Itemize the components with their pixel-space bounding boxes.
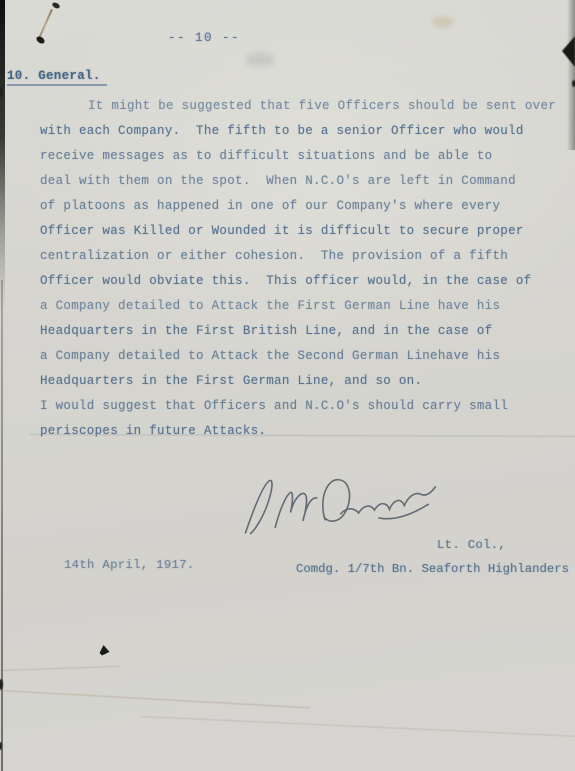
signature [236, 461, 439, 543]
paragraph-line: Headquarters in the First British Line, … [40, 319, 540, 344]
paper-smudge [245, 52, 275, 67]
paragraph-line: of platoons as happened in one of our Co… [40, 194, 540, 219]
paper-crease [0, 690, 310, 708]
paragraph-line: a Company detailed to Attack the First G… [40, 294, 540, 319]
pen-mark-dot [35, 35, 46, 45]
ink-blot [98, 644, 110, 656]
left-edge-line [1, 280, 3, 771]
paragraph-line: It might be suggested that five Officers… [40, 94, 540, 119]
date-line: 14th April, 1917. [64, 558, 195, 572]
paper-crease [0, 666, 120, 671]
paragraph-line: Officer was Killed or Wounded it is diff… [40, 219, 540, 244]
paragraph-line: deal with them on the spot. When N.C.O's… [40, 169, 540, 194]
right-edge-shadow [567, 0, 575, 150]
left-edge-shadow [0, 0, 5, 310]
paragraph-line: a Company detailed to Attack the Second … [40, 344, 540, 369]
page-number: -- 10 -- [168, 31, 240, 45]
paragraph-line: receive messages as to difficult situati… [40, 144, 540, 169]
body-paragraph: It might be suggested that five Officers… [40, 94, 540, 444]
paragraph-line: Headquarters in the First German Line, a… [40, 369, 540, 394]
paragraph-line: centralization or either cohesion. The p… [40, 244, 540, 269]
section-heading: 10. General. [7, 69, 107, 86]
top-right-corner-notch [562, 36, 575, 67]
command-line: Comdg. 1/7th Bn. Seaforth Highlanders [296, 562, 569, 576]
paper-stain [432, 16, 454, 28]
paragraph-line: periscopes in future Attacks. [40, 419, 540, 444]
paper-crease [140, 716, 575, 737]
pen-mark-dot [51, 1, 60, 9]
paragraph-line: with each Company. The fifth to be a sen… [40, 119, 540, 144]
paragraph-line: Officer would obviate this. This officer… [40, 269, 540, 294]
document-page: -- 10 -- 10. General. It might be sugges… [0, 0, 575, 771]
rank-line: Lt. Col., [437, 538, 506, 552]
paragraph-line: I would suggest that Officers and N.C.O'… [40, 394, 540, 419]
